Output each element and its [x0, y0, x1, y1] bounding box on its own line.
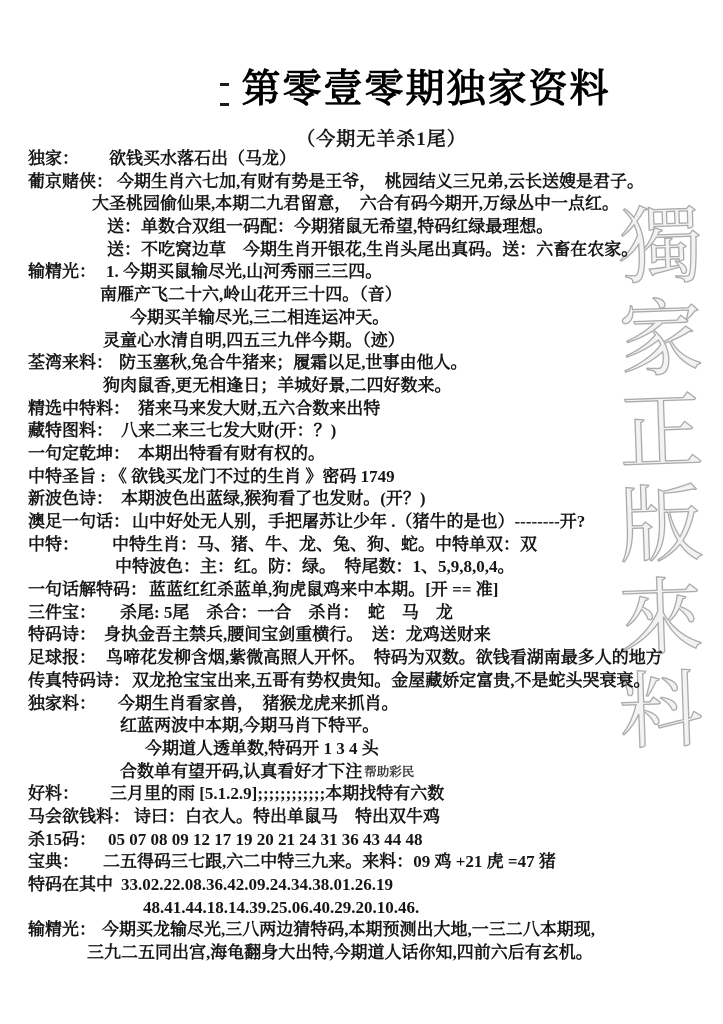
line-text: 合数单有望开码,认真看好才下注 — [120, 761, 362, 784]
doc-line: 三件宝：杀尾: 5尾 杀合：一合 杀肖： 蛇 马 龙 — [28, 602, 723, 625]
line-label: 藏特图料： — [28, 420, 113, 443]
doc-line: 中特圣旨 :《 欲钱买龙门不过的生肖 》密码 1749 — [28, 466, 723, 489]
doc-line: 大圣桃园偷仙果,本期二九君留意， 六合有码今期开,万绿丛中一点红。 — [28, 193, 723, 216]
line-text: 身执金吾主禁兵,腰间宝剑重横行。 送：龙鸡送财来 — [104, 624, 491, 647]
doc-line: 特码诗：身执金吾主禁兵,腰间宝剑重横行。 送：龙鸡送财来 — [28, 624, 723, 647]
line-text: 大圣桃园偷仙果,本期二九君留意， 六合有码今期开,万绿丛中一点红。 — [92, 193, 619, 216]
line-text: 二五得码三七跟,六二中特三九来。来料：09 鸡 +21 虎 =47 猪 — [103, 851, 556, 874]
doc-line: 特码在其中33.02.22.08.36.42.09.24.34.38.01.26… — [28, 874, 723, 897]
doc-line: 一句定乾坤：本期出特看有财有权的。 — [28, 443, 723, 466]
line-text: 八来二来三七发大财(开：？) — [121, 420, 336, 443]
line-text: 猪来马来发大财,五六合数来出特 — [138, 398, 380, 421]
doc-line: 中特波色：主：红。防：绿。 特尾数：1、5,9,8,0,4。 — [28, 556, 723, 579]
doc-line: 今期买羊输尽光,三二相连运冲天。 — [28, 307, 723, 330]
line-text: 本期波色出蓝绿,猴狗看了也发财。(开？) — [121, 488, 426, 511]
line-label: 足球报： — [28, 647, 96, 670]
line-text: 今期生肖六七加,有财有势是王爷， 桃园结义三兄弟,云长送嫂是君子。 — [117, 171, 644, 194]
line-text: 防玉塞秋,兔合牛猪来；履霜以足,世事由他人。 — [119, 352, 468, 375]
line-label: 输精光： — [28, 919, 96, 942]
line-label: 新波色诗： — [28, 488, 113, 511]
doc-line: 红蓝两波中本期,今期马肖下特平。 — [28, 715, 723, 738]
doc-line: 独家料：今期生肖看家兽， 猪猴龙虎来抓肖。 — [28, 693, 723, 716]
doc-line: 输精光：1. 今期买鼠输尽光,山河秀丽三三四。 — [28, 261, 723, 284]
line-text: 送：不吃窝边草 今期生肖开银花,生肖头尾出真码。送：六畜在农家。 — [107, 239, 638, 262]
line-text: 本期出特看有财有权的。 — [138, 443, 325, 466]
line-text: 山中好处无人别，手把屠苏让少年 .（猪牛的是也）--------开? — [132, 511, 585, 534]
doc-line: 三九二五同出宫,海龟翻身大出特,今期道人话你知,四前六后有玄机。 — [28, 942, 723, 965]
doc-line: 输精光：今期买龙输尽光,三八两边猜特码,本期预测出大地,一三二八本期现, — [28, 919, 723, 942]
doc-line: 杀15码：05 07 08 09 12 17 19 20 21 24 31 36… — [28, 829, 723, 852]
line-text: 《 欲钱买龙门不过的生肖 》密码 1749 — [110, 466, 395, 489]
line-label: 澳足一句话： — [28, 511, 130, 534]
line-text: 诗曰：白衣人。特出单鼠马 特出双牛鸡 — [134, 806, 440, 829]
line-text: 蓝蓝红红杀蓝单,狗虎鼠鸡来中本期。[开 == 准] — [149, 579, 498, 602]
line-label: 特码诗： — [28, 624, 96, 647]
doc-line: 足球报：鸟啼花发柳含烟,紫微高照人开怀。 特码为双数。欲钱看湖南最多人的地方 — [28, 647, 723, 670]
doc-line: 灵童心水清自明,四五三九伴今期。（迹） — [28, 330, 723, 353]
line-text: 05 07 08 09 12 17 19 20 21 24 31 36 43 4… — [108, 829, 423, 852]
line-label: 一句话解特码： — [28, 579, 147, 602]
title-row: 第零壹零期独家资料 — [0, 58, 723, 114]
doc-line: 好料：三月里的雨 [5.1.2.9];;;;;;;;;;;;本期找特有六数 — [28, 783, 723, 806]
document-page: 獨家正版來料 第零壹零期独家资料 （今期无羊杀1尾） 独家：欲钱买水落石出（马龙… — [0, 0, 723, 1024]
line-text: 鸟啼花发柳含烟,紫微高照人开怀。 特码为双数。欲钱看湖南最多人的地方 — [106, 647, 663, 670]
doc-line: 精选中特料：猪来马来发大财,五六合数来出特 — [28, 398, 723, 421]
subtitle-row: （今期无羊杀1尾） — [0, 124, 723, 151]
line-label: 宝典： — [28, 851, 79, 874]
line-label: 传真特码诗： — [28, 670, 130, 693]
page-subtitle: （今期无羊杀1尾） — [296, 129, 467, 150]
doc-line: 南雁产飞二十六,岭山花开三十四。（音） — [28, 284, 723, 307]
line-label: 好料： — [28, 783, 79, 806]
line-text: 红蓝两波中本期,今期马肖下特平。 — [120, 715, 379, 738]
doc-line: 狗肉鼠香,更无相逢日；羊城好景,二四好数来。 — [28, 375, 723, 398]
line-label: 中特圣旨 : — [28, 466, 106, 489]
page-title: 第零壹零期独家资料 — [241, 68, 610, 111]
line-text: 三九二五同出宫,海龟翻身大出特,今期道人话你知,四前六后有玄机。 — [87, 942, 593, 965]
doc-line: 合数单有望开码,认真看好才下注帮助彩民 — [28, 761, 723, 784]
line-text: 今期道人透单数,特码开 1 3 4 头 — [145, 738, 379, 761]
doc-line: 新波色诗：本期波色出蓝绿,猴狗看了也发财。(开？) — [28, 488, 723, 511]
doc-line: 今期道人透单数,特码开 1 3 4 头 — [28, 738, 723, 761]
doc-line: 葡京赌侠：今期生肖六七加,有财有势是王爷， 桃园结义三兄弟,云长送嫂是君子。 — [28, 171, 723, 194]
doc-line: 荃湾来料：防玉塞秋,兔合牛猪来；履霜以足,世事由他人。 — [28, 352, 723, 375]
line-text: 双龙抢宝宝出来,五哥有势权贵知。金屋藏娇定富贵,不是蛇头哭衰衰。 — [132, 670, 651, 693]
doc-line: 中特：中特生肖：马、猪、牛、龙、兔、狗、蛇。中特单双：双 — [28, 534, 723, 557]
line-label: 三件宝： — [28, 602, 96, 625]
line-label: 独家： — [28, 148, 79, 171]
line-label: 中特： — [28, 534, 79, 557]
line-label: 杀15码： — [28, 829, 96, 852]
line-text: 今期买龙输尽光,三八两边猜特码,本期预测出大地,一三二八本期现, — [102, 919, 595, 942]
doc-line: 48.41.44.18.14.39.25.06.40.29.20.10.46. — [28, 897, 723, 920]
line-label: 葡京赌侠： — [28, 171, 113, 194]
line-text: 杀尾: 5尾 杀合：一合 杀肖： 蛇 马 龙 — [120, 602, 453, 625]
line-label: 特码在其中 — [28, 874, 113, 897]
line-text: 中特生肖：马、猪、牛、龙、兔、狗、蛇。中特单双：双 — [112, 534, 537, 557]
doc-line: 马会欲钱料：诗曰：白衣人。特出单鼠马 特出双牛鸡 — [28, 806, 723, 829]
line-text: 今期买羊输尽光,三二相连运冲天。 — [130, 307, 389, 330]
doc-line: 送：不吃窝边草 今期生肖开银花,生肖头尾出真码。送：六畜在农家。 — [28, 239, 723, 262]
line-text: 三月里的雨 [5.1.2.9];;;;;;;;;;;;本期找特有六数 — [110, 783, 444, 806]
line-text: 送：单数合双组一码配：今期猪鼠无希望,特码红绿最理想。 — [107, 216, 553, 239]
line-label: 一句定乾坤： — [28, 443, 130, 466]
line-text: 狗肉鼠香,更无相逢日；羊城好景,二四好数来。 — [103, 375, 452, 398]
line-text: 48.41.44.18.14.39.25.06.40.29.20.10.46. — [143, 897, 419, 920]
doc-line: 独家：欲钱买水落石出（马龙） — [28, 148, 723, 171]
doc-line: 澳足一句话：山中好处无人别，手把屠苏让少年 .（猪牛的是也）--------开? — [28, 511, 723, 534]
line-text: 中特波色：主：红。防：绿。 特尾数：1、5,9,8,0,4。 — [115, 556, 515, 579]
clipped-character-fragment — [220, 83, 229, 106]
doc-line: 传真特码诗：双龙抢宝宝出来,五哥有势权贵知。金屋藏娇定富贵,不是蛇头哭衰衰。 — [28, 670, 723, 693]
line-label: 马会欲钱料： — [28, 806, 130, 829]
line-text: 1. 今期买鼠输尽光,山河秀丽三三四。 — [106, 261, 382, 284]
doc-line: 藏特图料：八来二来三七发大财(开：？) — [28, 420, 723, 443]
line-text: 欲钱买水落石出（马龙） — [109, 148, 296, 171]
line-label: 精选中特料： — [28, 398, 130, 421]
line-text: 今期生肖看家兽， 猪猴龙虎来抓肖。 — [118, 693, 399, 716]
doc-lines: 独家：欲钱买水落石出（马龙）葡京赌侠：今期生肖六七加,有财有势是王爷， 桃园结义… — [28, 148, 723, 965]
doc-line: 送：单数合双组一码配：今期猪鼠无希望,特码红绿最理想。 — [28, 216, 723, 239]
line-text: 灵童心水清自明,四五三九伴今期。（迹） — [103, 330, 405, 353]
line-text: 33.02.22.08.36.42.09.24.34.38.01.26.19 — [121, 874, 393, 897]
line-label: 独家料： — [28, 693, 96, 716]
doc-line: 一句话解特码：蓝蓝红红杀蓝单,狗虎鼠鸡来中本期。[开 == 准] — [28, 579, 723, 602]
line-text: 南雁产飞二十六,岭山花开三十四。（音） — [100, 284, 402, 307]
line-label: 荃湾来料： — [28, 352, 113, 375]
doc-line: 宝典：二五得码三七跟,六二中特三九来。来料：09 鸡 +21 虎 =47 猪 — [28, 851, 723, 874]
line-label: 输精光： — [28, 261, 96, 284]
line-small-note: 帮助彩民 — [364, 761, 414, 784]
